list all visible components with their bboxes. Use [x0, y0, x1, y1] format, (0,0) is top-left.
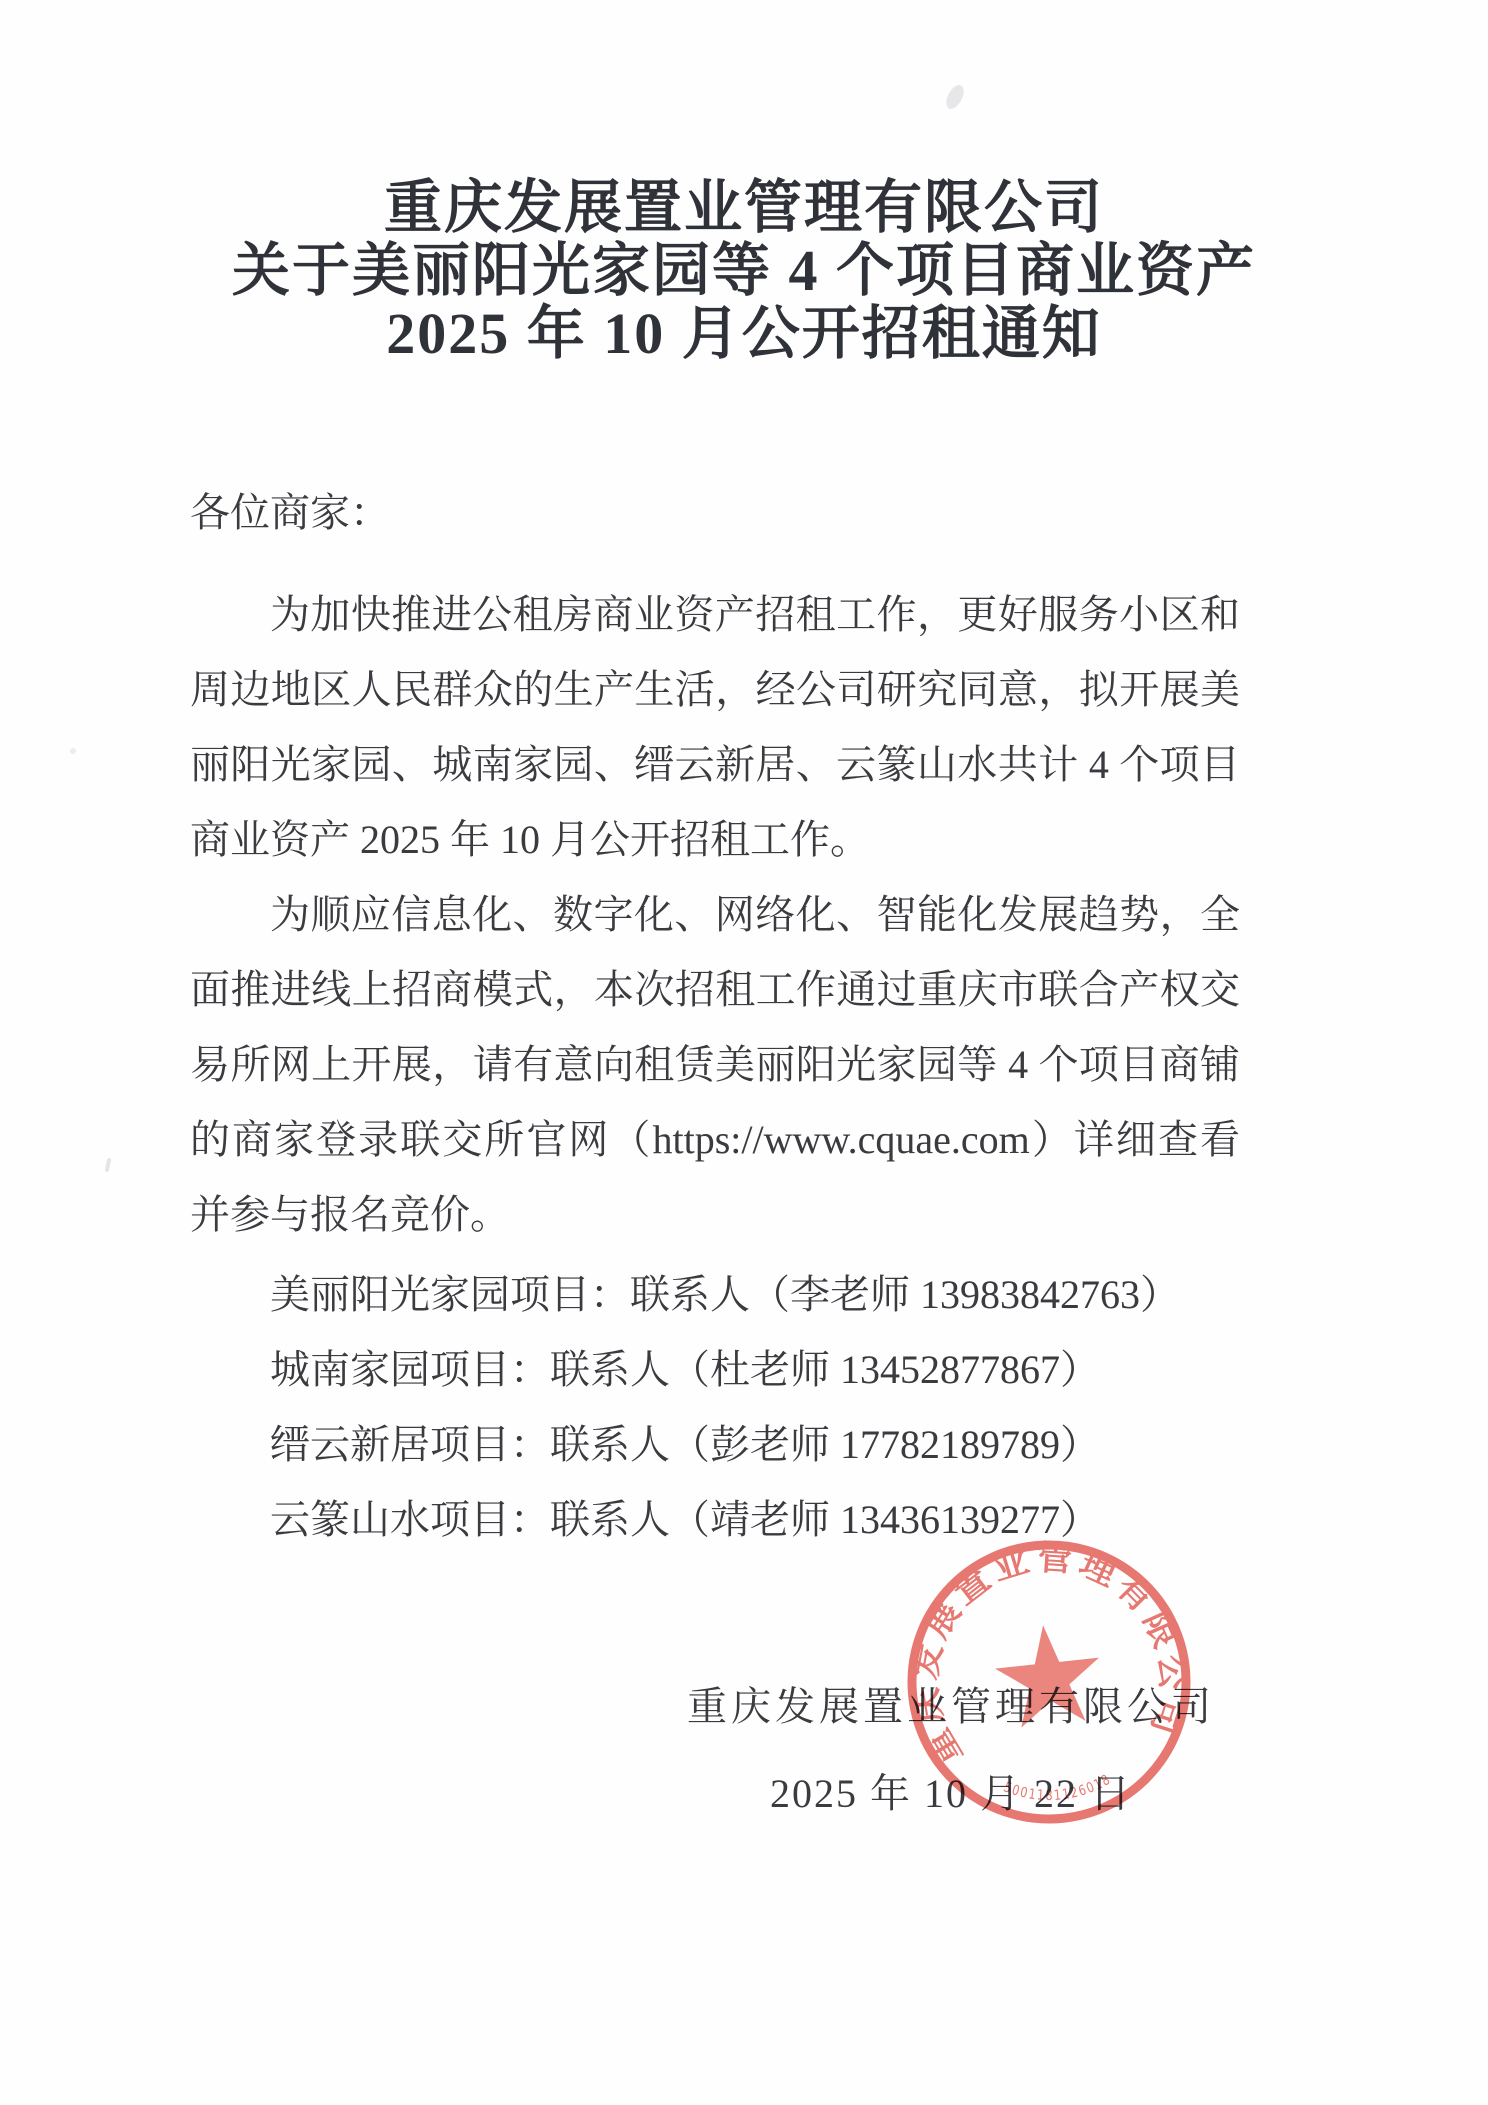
signature-company: 重庆发展置业管理有限公司	[687, 1677, 1215, 1737]
document-page: 重庆发展置业管理有限公司 关于美丽阳光家园等 4 个项目商业资产 2025 年 …	[0, 0, 1488, 2105]
contact-line-jinyunxinju: 缙云新居项目：联系人（彭老师 17782189789）	[270, 1407, 1240, 1482]
salutation: 各位商家：	[190, 475, 1240, 550]
contact-line-meilianyangguang: 美丽阳光家园项目：联系人（李老师 13983842763）	[270, 1257, 1240, 1332]
document-title: 重庆发展置业管理有限公司 关于美丽阳光家园等 4 个项目商业资产 2025 年 …	[0, 0, 1488, 365]
signature-block: 重庆发展置业管理有限公司 2025 年 10 月 22 日	[190, 1677, 1240, 1831]
scan-artifact	[105, 1158, 112, 1173]
signature-date: 2025 年 10 月 22 日	[687, 1764, 1215, 1824]
document-body: 各位商家： 为加快推进公租房商业资产招租工作，更好服务小区和周边地区人民群众的生…	[190, 475, 1240, 1831]
paragraph-2: 为顺应信息化、数字化、网络化、智能化发展趋势，全面推进线上招商模式，本次招租工作…	[190, 877, 1240, 1252]
title-line-1: 重庆发展置业管理有限公司	[0, 176, 1488, 239]
title-line-2: 关于美丽阳光家园等 4 个项目商业资产	[0, 239, 1488, 302]
contact-line-chengnanjiayuan: 城南家园项目：联系人（杜老师 13452877867）	[270, 1332, 1240, 1407]
contact-line-yunzhuanshanshui: 云篆山水项目：联系人（靖老师 13436139277）	[270, 1482, 1240, 1557]
contact-list: 美丽阳光家园项目：联系人（李老师 13983842763） 城南家园项目：联系人…	[190, 1257, 1240, 1557]
scan-artifact	[70, 748, 76, 754]
title-line-3: 2025 年 10 月公开招租通知	[0, 302, 1488, 365]
paragraph-1: 为加快推进公租房商业资产招租工作，更好服务小区和周边地区人民群众的生产生活，经公…	[190, 577, 1240, 877]
